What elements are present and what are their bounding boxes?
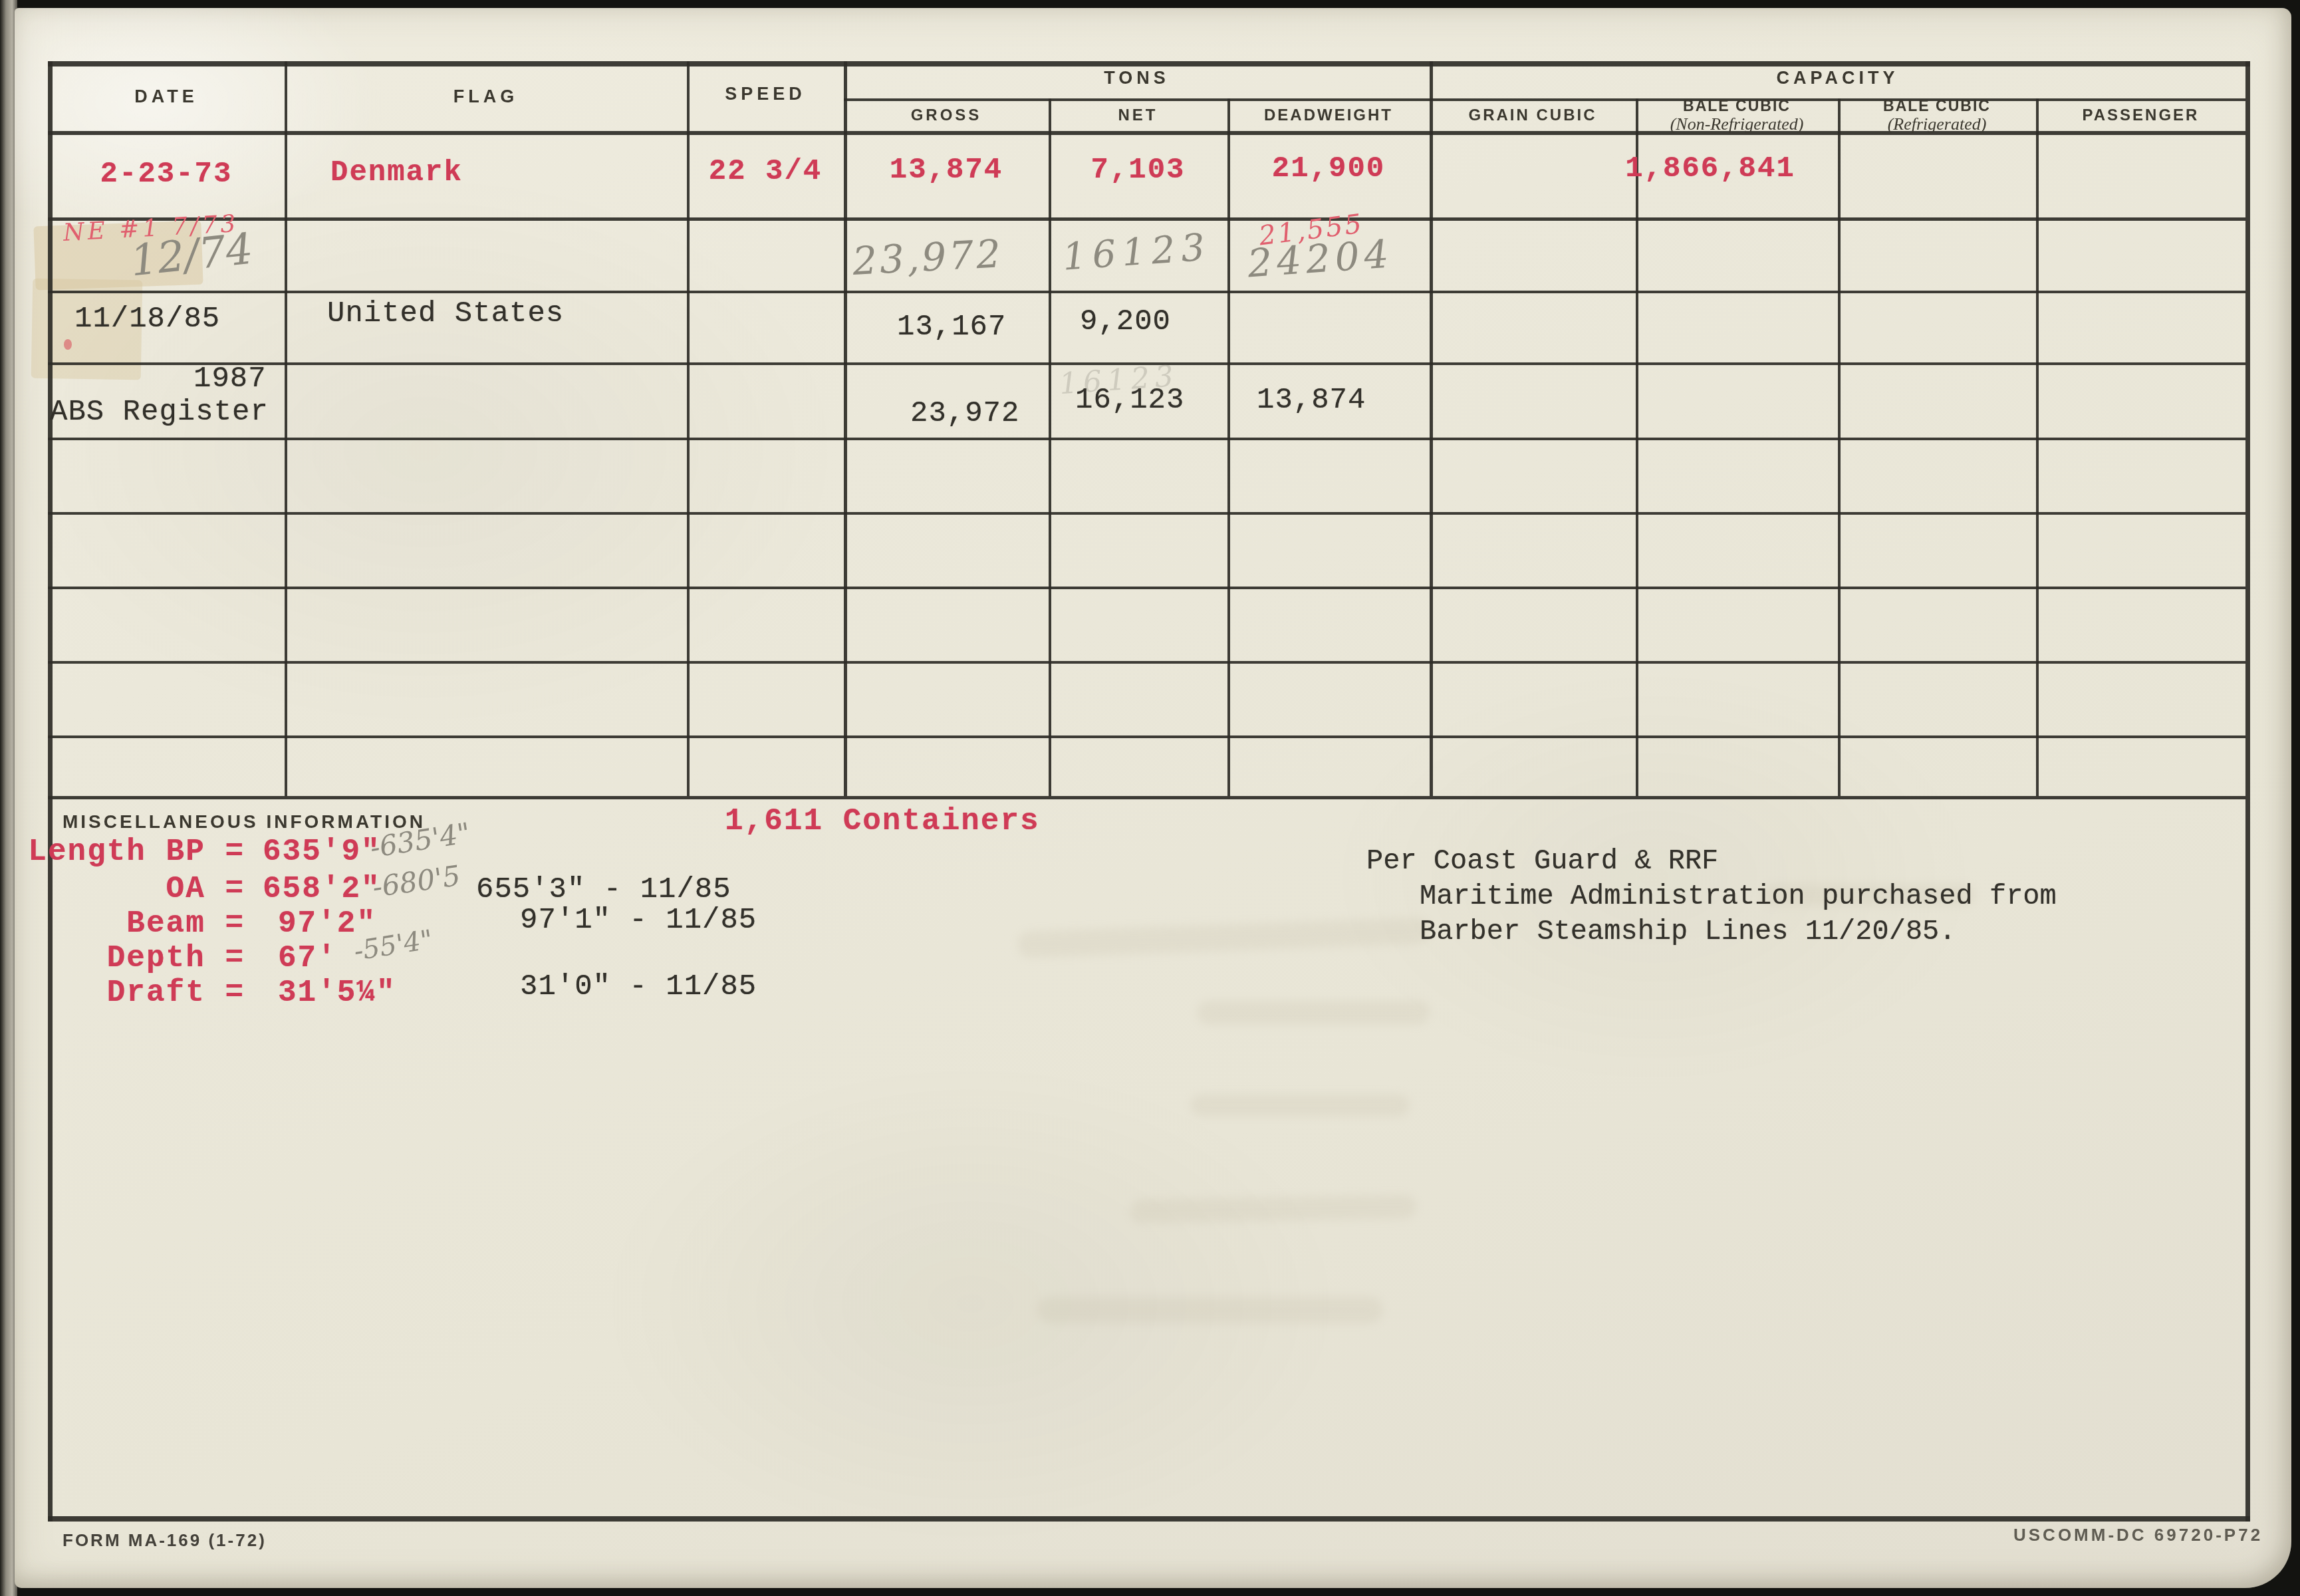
table-grid-line <box>1049 98 1051 796</box>
scanned-record-card-page: DATE FLAG SPEED TONS CAPACITY GROSS NET … <box>0 0 2300 1596</box>
bleedthrough-smudge <box>1190 1094 1410 1117</box>
spec-length-bp-value: 635'9" <box>263 837 381 867</box>
row2-gross-pencil: 23,972 <box>852 234 1005 281</box>
spec-draft-value: 31'5¼" <box>278 978 396 1008</box>
spec-beam-value: 97'2" <box>278 908 376 939</box>
spec-draft-update: 31'0" - 11/85 <box>520 972 757 1001</box>
form-border-bottom <box>48 1516 2250 1522</box>
spec-oa-update: 655'3" - 11/85 <box>476 875 731 904</box>
group-header-capacity: CAPACITY <box>1430 69 2245 87</box>
spec-draft-label: Draft = <box>0 978 245 1008</box>
spec-oa-label: OA = <box>0 874 245 904</box>
table-grid-line <box>48 796 2245 799</box>
bleedthrough-smudge <box>1037 1297 1383 1323</box>
group-header-tons: TONS <box>844 69 1430 87</box>
row4-gross-tons: 23,972 <box>910 399 1019 428</box>
red-speck <box>64 339 72 350</box>
row1-gross-tons: 13,874 <box>844 156 1049 185</box>
table-grid-line <box>1838 98 1841 796</box>
spec-beam-label: Beam = <box>0 908 245 939</box>
table-grid-line <box>1430 61 1433 796</box>
table-grid-line <box>1227 98 1230 796</box>
column-header-net: NET <box>1049 108 1227 124</box>
note-line-1: Per Coast Guard & RRF <box>1366 847 1718 875</box>
table-border-right <box>2245 61 2250 1522</box>
row1-bale-cubic-nonref: 1,866,841 <box>1609 154 1811 184</box>
column-header-deadweight: DEADWEIGHT <box>1227 108 1430 124</box>
row3-gross-tons: 13,167 <box>897 313 1006 342</box>
spec-depth-value: 67' <box>278 943 337 974</box>
containers-count: 1,611 Containers <box>725 806 1040 837</box>
column-header-passenger: PASSENGER <box>2036 108 2245 124</box>
row1-net-tons: 7,103 <box>1049 156 1227 185</box>
column-header-bale-cubic-nonref-sub: (Non-Refrigerated) <box>1636 116 1838 133</box>
table-grid-line <box>48 291 2245 293</box>
column-header-date: DATE <box>48 88 285 106</box>
bleedthrough-smudge <box>1130 1194 1417 1223</box>
column-header-bale-cubic-ref: BALE CUBIC <box>1838 98 2036 114</box>
row2-date-pencil: 12/74 <box>128 228 255 283</box>
table-grid-line <box>48 217 2245 221</box>
table-grid-line <box>2036 98 2039 796</box>
table-grid-line <box>48 735 2245 738</box>
table-grid-line <box>48 512 2245 515</box>
table-grid-line <box>285 61 287 796</box>
column-header-gross: GROSS <box>844 108 1049 124</box>
table-grid-line <box>48 661 2245 664</box>
row4-date-source: ABS Register <box>50 398 269 427</box>
form-number: FORM MA-169 (1-72) <box>63 1531 267 1549</box>
table-border-top <box>48 61 2250 66</box>
row4-deadweight: 13,874 <box>1257 386 1366 415</box>
spec-length-bp-label: Length BP = <box>0 837 245 867</box>
row3-date: 11/18/85 <box>74 305 220 334</box>
row4-net-tons: 16,123 <box>1075 386 1184 415</box>
bleedthrough-smudge <box>1197 1001 1430 1025</box>
table-grid-line <box>1636 98 1638 796</box>
misc-section-title: MISCELLANEOUS INFORMATION <box>63 813 426 831</box>
spec-depth-label: Depth = <box>0 943 245 974</box>
print-code: USCOMM-DC 69720-P72 <box>2013 1526 2263 1543</box>
spec-oa-value: 658'2" <box>263 874 381 904</box>
column-header-flag: FLAG <box>285 88 687 106</box>
column-header-speed: SPEED <box>687 85 844 103</box>
note-line-2: Maritime Administration purchased from <box>1420 882 2057 910</box>
row1-flag: Denmark <box>330 158 463 188</box>
row4-date-year: 1987 <box>193 364 267 394</box>
row3-net-tons: 9,200 <box>1080 307 1171 336</box>
row1-speed: 22 3/4 <box>687 157 844 186</box>
column-header-bale-cubic-nonref: BALE CUBIC <box>1636 98 1838 114</box>
note-line-3: Barber Steamship Lines 11/20/85. <box>1420 918 1956 946</box>
table-grid-line <box>48 587 2245 589</box>
row2-deadweight-pencil: 24204 <box>1246 234 1394 283</box>
column-header-grain-cubic: GRAIN CUBIC <box>1430 108 1636 124</box>
row2-net-pencil: 16123 <box>1061 229 1212 276</box>
row3-flag: United States <box>327 299 564 329</box>
column-header-bale-cubic-ref-sub: (Refrigerated) <box>1838 116 2036 133</box>
spec-beam-update: 97'1" - 11/85 <box>520 906 757 935</box>
table-grid-line <box>48 438 2245 440</box>
row1-deadweight: 21,900 <box>1227 154 1430 184</box>
row1-date: 2-23-73 <box>48 160 285 189</box>
table-border-left <box>48 61 53 1522</box>
